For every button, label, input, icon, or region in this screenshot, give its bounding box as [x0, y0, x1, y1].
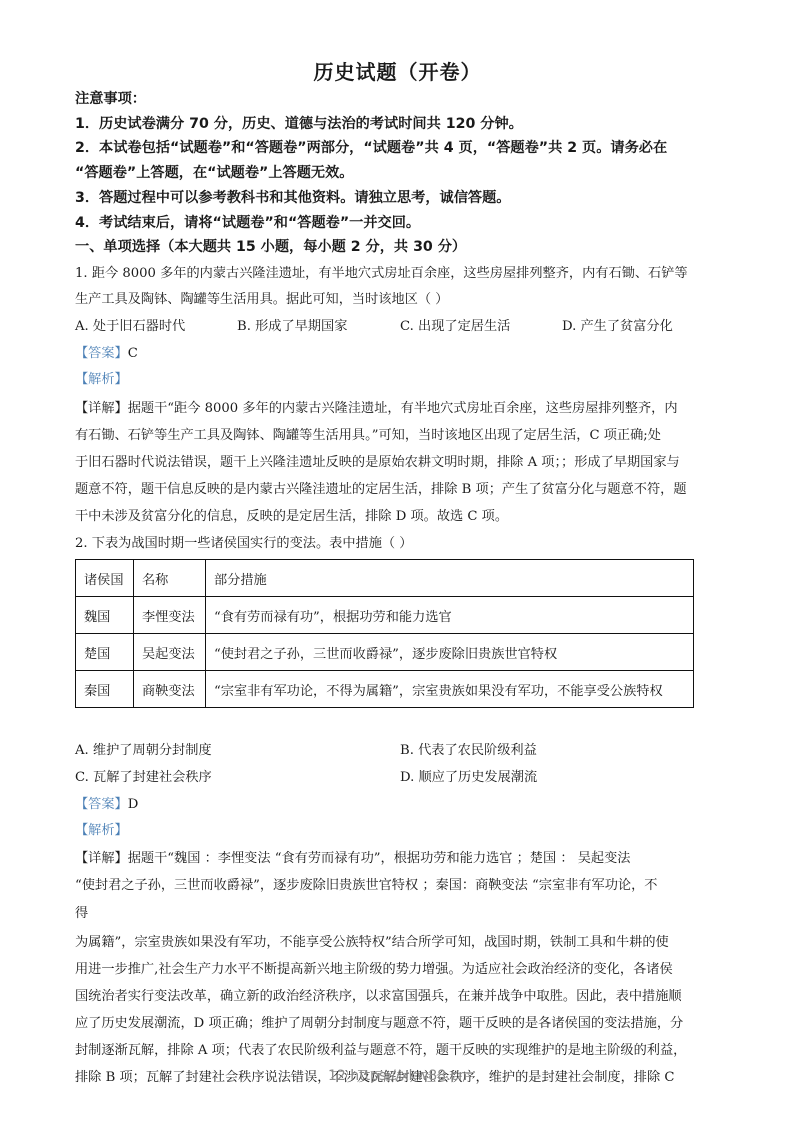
q1-analysis-label: 【解析】: [75, 368, 128, 387]
q2-detail-line-7: 应了历史发展潮流，D 项正确；维护了周朝分封制度与题意不符，题干反映的是各诸侯国…: [75, 1012, 683, 1031]
table-cell: “宗室非有军功论，不得为属籍”，宗室贵族如果没有军功，不能享受公族特权: [206, 671, 694, 708]
section-heading: 一、单项选择（本大题共 15 小题，每小题 2 分，共 30 分）: [75, 236, 466, 256]
q2-detail-line-2: “使封君之子孙，三世而收爵禄”，逐步废除旧贵族世官特权 ；秦国：商鞅变法 “宗室…: [75, 874, 657, 893]
answer-value: C: [128, 346, 138, 361]
q1-detail-line-5: 干中未涉及贫富分化的信息，反映的是定居生活，排除 D 项。故选 C 项。: [75, 505, 508, 524]
q2-detail-line-8: 封制逐渐瓦解，排除 A 项；代表了农民阶级利益与题意不符，题干反映的实现维护的是…: [75, 1039, 686, 1058]
answer-value: D: [128, 797, 139, 812]
q2-detail-line-3: 得: [75, 902, 88, 921]
table-cell: 楚国: [76, 634, 134, 671]
table-cell: 吴起变法: [134, 634, 206, 671]
table-header-cell: 部分措施: [206, 560, 694, 597]
reform-table: 诸侯国 名称 部分措施 魏国 李悝变法 “食有劳而禄有功”，根据功劳和能力选官 …: [75, 559, 694, 708]
q2-detail-line-5: 用进一步推广,社会生产力水平不断提高新兴地主阶级的势力增强。为适应社会政治经济的…: [75, 958, 673, 977]
q2-stem: 2. 下表为战国时期一些诸侯国实行的变法。表中措施（ ）: [75, 532, 412, 551]
notice-item-2: 2．本试卷包括“试题卷”和“答题卷”两部分，“试题卷”共 4 页，“答题卷”共 …: [75, 137, 667, 157]
q2-detail-line-1: 【详解】据题干“魏国 ：李悝变法 “食有劳而禄有功”，根据功劳和能力选官 ；楚国…: [75, 847, 631, 866]
table-cell: 李悝变法: [134, 597, 206, 634]
page-footer: 12 https://xkw88.cn: [0, 1068, 795, 1084]
q2-option-a: A. 维护了周朝分封制度: [75, 739, 212, 758]
table-cell: 魏国: [76, 597, 134, 634]
table-row: 魏国 李悝变法 “食有劳而禄有功”，根据功劳和能力选官: [76, 597, 694, 634]
notice-heading: 注意事项：: [75, 88, 146, 108]
q2-detail-line-4: 为属籍”，宗室贵族如果没有军功，不能享受公族特权”结合所学可知，战国时期，铁制工…: [75, 931, 669, 950]
q1-stem-line-1: 1. 距今 8000 多年的内蒙古兴隆洼遗址，有半地穴式房址百余座，这些房屋排列…: [75, 262, 688, 281]
table-header-cell: 名称: [134, 560, 206, 597]
q1-detail-line-3: 于旧石器时代说法错误，题干上兴隆洼遗址反映的是原始农耕文明时期，排除 A 项；；…: [75, 451, 680, 470]
exam-page: 历史试题（开卷） 注意事项： 1．历史试卷满分 70 分，历史、道德与法治的考试…: [0, 0, 795, 1125]
q2-option-c: C. 瓦解了封建社会秩序: [75, 766, 212, 785]
table-header-cell: 诸侯国: [76, 560, 134, 597]
table-row: 楚国 吴起变法 “使封君之子孙，三世而收爵禄”，逐步废除旧贵族世官特权: [76, 634, 694, 671]
notice-item-1: 1．历史试卷满分 70 分，历史、道德与法治的考试时间共 120 分钟。: [75, 113, 523, 133]
q1-option-a: A. 处于旧石器时代: [75, 315, 185, 334]
q2-option-d: D. 顺应了历史发展潮流: [400, 766, 537, 785]
notice-item-2-cont: “答题卷”上答题，在“试题卷”上答题无效。: [75, 162, 354, 182]
q2-analysis-label: 【解析】: [75, 819, 128, 838]
table-cell: “使封君之子孙，三世而收爵禄”，逐步废除旧贵族世官特权: [206, 634, 694, 671]
q1-detail-line-1: 【详解】据题干“距今 8000 多年的内蒙古兴隆洼遗址，有半地穴式房址百余座，这…: [75, 397, 678, 416]
q1-option-b: B. 形成了早期国家: [237, 315, 347, 334]
q1-detail-line-2: 有石锄、石铲等生产工具及陶钵、陶罐等生活用具。”可知，当时该地区出现了定居生活，…: [75, 424, 661, 443]
q2-detail-line-6: 国统治者实行变法改革，确立新的政治经济秩序，以求富国强兵，在兼并战争中取胜。因此…: [75, 985, 682, 1004]
q1-stem-line-2: 生产工具及陶钵、陶罐等生活用具。据此可知，当时该地区（ ）: [75, 288, 448, 307]
q1-detail-line-4: 题意不符，题干信息反映的是内蒙古兴隆洼遗址的定居生活，排除 B 项；产生了贫富分…: [75, 478, 687, 497]
table-row: 秦国 商鞅变法 “宗室非有军功论，不得为属籍”，宗室贵族如果没有军功，不能享受公…: [76, 671, 694, 708]
table-cell: 秦国: [76, 671, 134, 708]
table-cell: 商鞅变法: [134, 671, 206, 708]
answer-label: 【答案】: [75, 797, 128, 812]
q2-answer: 【答案】D: [75, 793, 138, 812]
q1-option-d: D. 产生了贫富分化: [562, 315, 673, 334]
page-title: 历史试题（开卷）: [0, 56, 795, 85]
q1-option-c: C. 出现了定居生活: [400, 315, 510, 334]
q2-option-b: B. 代表了农民阶级利益: [400, 739, 537, 758]
table-cell: “食有劳而禄有功”，根据功劳和能力选官: [206, 597, 694, 634]
notice-item-3: 3．答题过程中可以参考教科书和其他资料。请独立思考，诚信答题。: [75, 187, 511, 207]
answer-label: 【答案】: [75, 346, 128, 361]
table-header-row: 诸侯国 名称 部分措施: [76, 560, 694, 597]
notice-item-4: 4．考试结束后，请将“试题卷”和“答题卷”一并交回。: [75, 212, 420, 232]
q1-answer: 【答案】C: [75, 342, 138, 361]
